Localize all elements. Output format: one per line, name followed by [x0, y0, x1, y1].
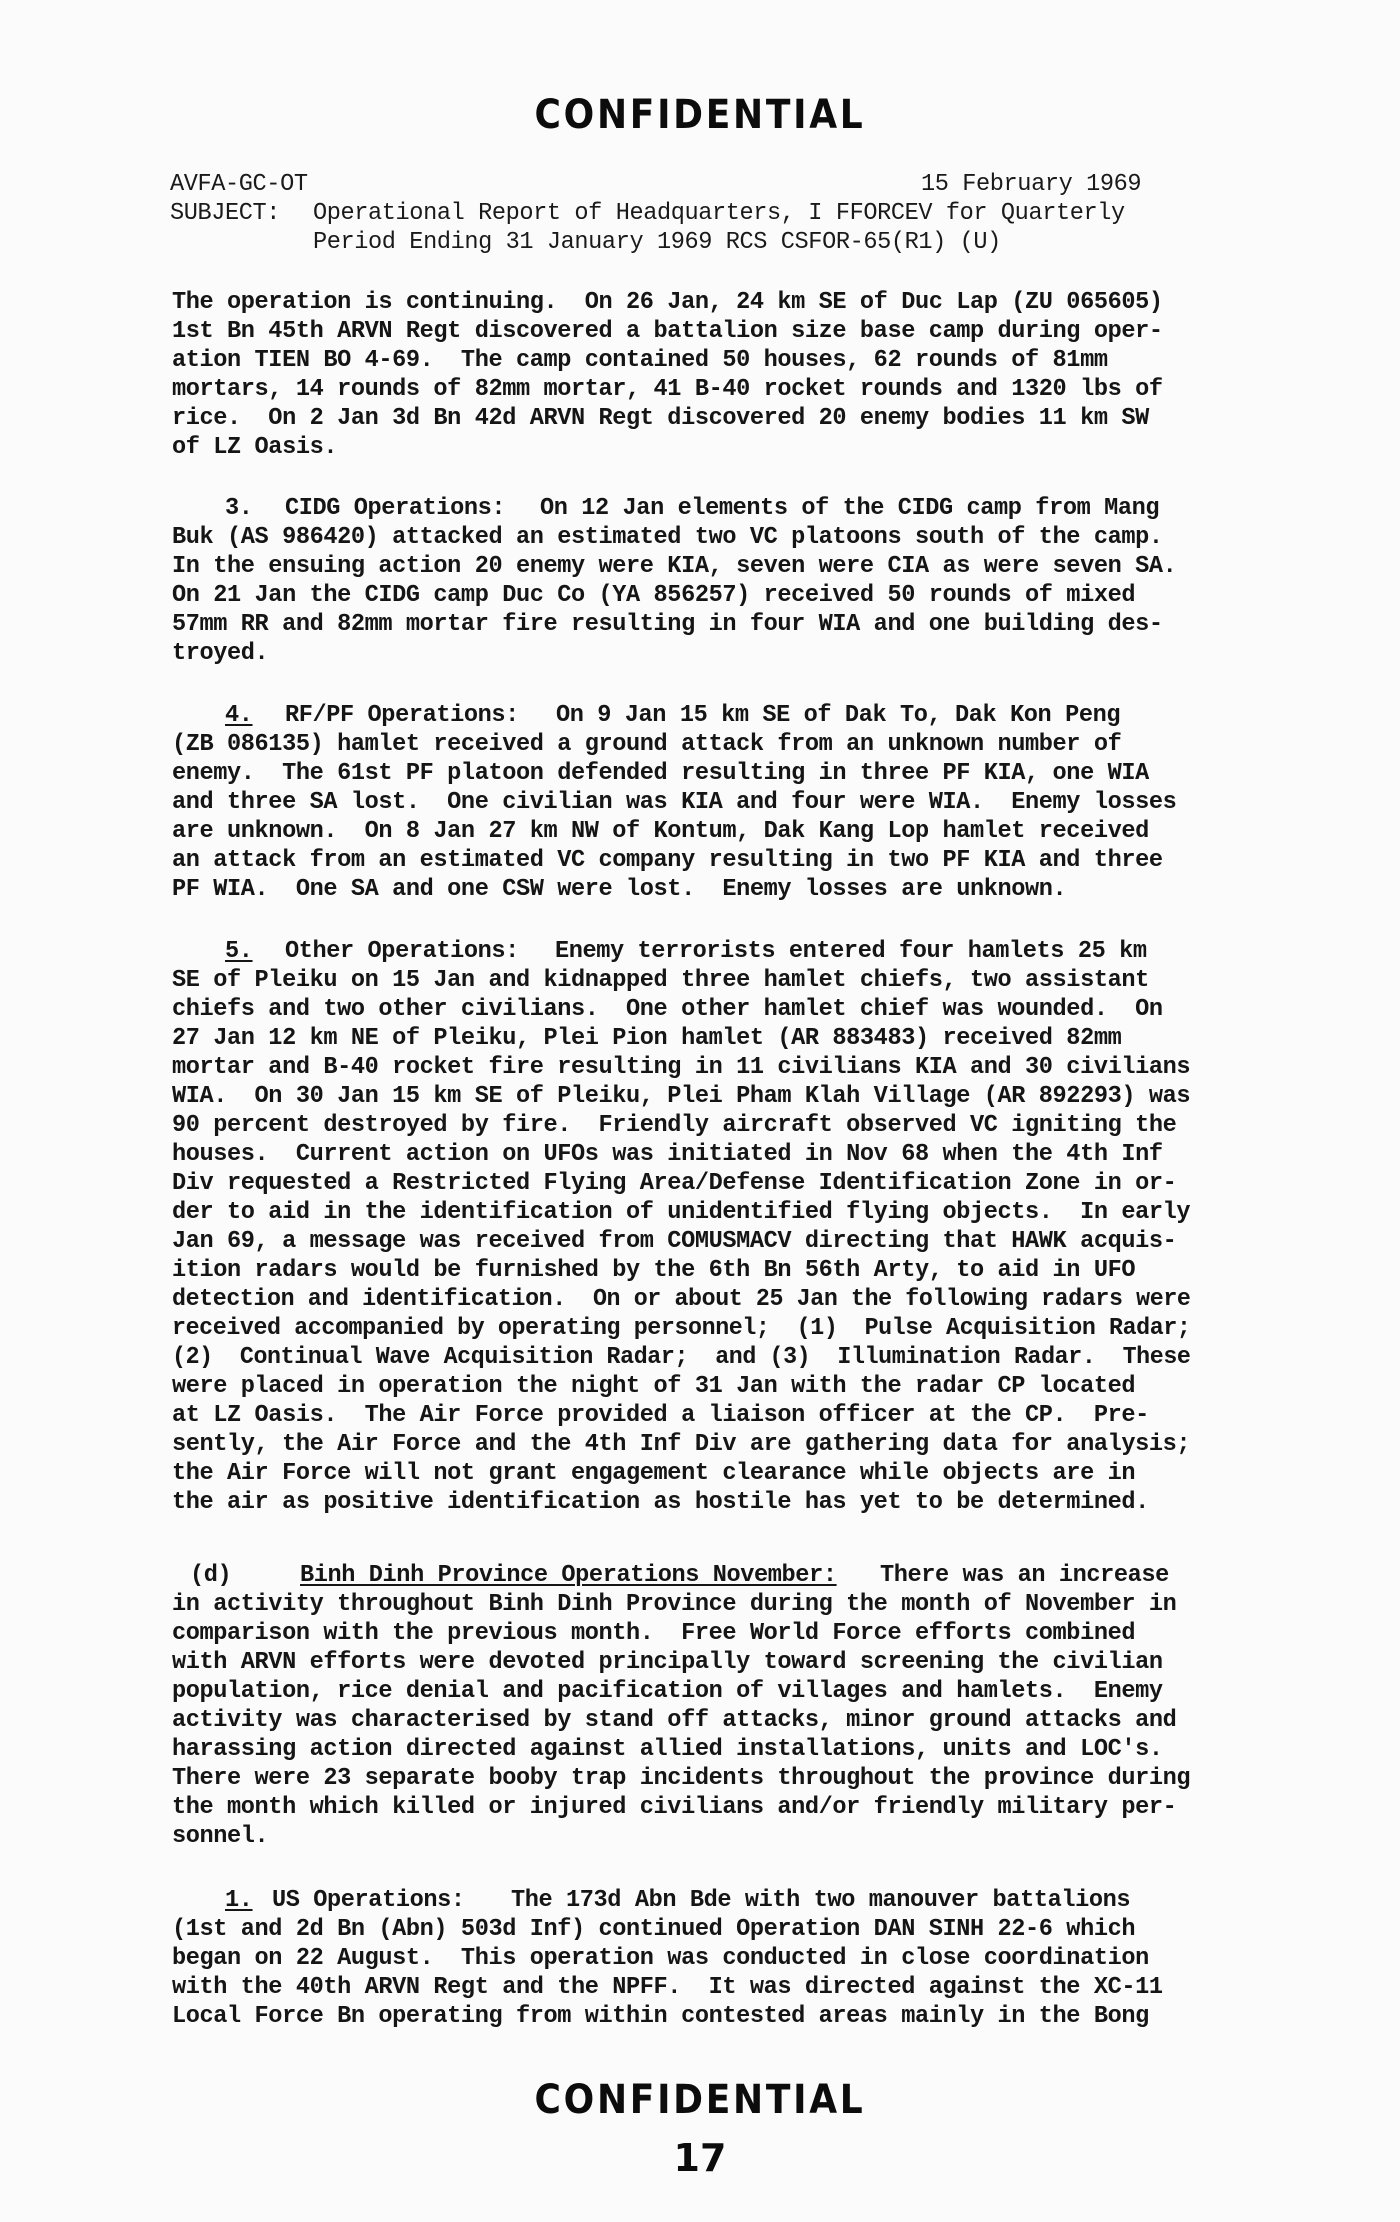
paragraph-line: harassing action directed against allied…	[172, 1735, 1163, 1764]
paragraph-line: mortar and B-40 rocket fire resulting in…	[172, 1053, 1190, 1082]
paragraph-line: of LZ Oasis.	[172, 433, 337, 462]
paragraph-line: sently, the Air Force and the 4th Inf Di…	[172, 1430, 1190, 1459]
paragraph-line: at LZ Oasis. The Air Force provided a li…	[172, 1401, 1149, 1430]
paragraph-line: received accompanied by operating person…	[172, 1314, 1190, 1343]
paragraph-line: PF WIA. One SA and one CSW were lost. En…	[172, 875, 1066, 904]
paragraph-line: houses. Current action on UFOs was initi…	[172, 1140, 1163, 1169]
paragraph-line: are unknown. On 8 Jan 27 km NW of Kontum…	[172, 817, 1149, 846]
paragraph-line: Local Force Bn operating from within con…	[172, 2002, 1149, 2031]
paragraph-line: the air as positive identification as ho…	[172, 1488, 1149, 1517]
subject-label: SUBJECT:	[170, 199, 280, 228]
paragraph-line: in activity throughout Binh Dinh Provinc…	[172, 1590, 1176, 1619]
paragraph-number: (d)	[190, 1561, 231, 1590]
paragraph-title: CIDG Operations:	[285, 494, 505, 523]
paragraph-line: an attack from an estimated VC company r…	[172, 846, 1163, 875]
paragraph-line: 57mm RR and 82mm mortar fire resulting i…	[172, 610, 1163, 639]
paragraph-line: Buk (AS 986420) attacked an estimated tw…	[172, 523, 1163, 552]
classification-marking-bottom: CONFIDENTIAL	[70, 2077, 1330, 2123]
paragraph-line: activity was characterised by stand off …	[172, 1706, 1176, 1735]
paragraph-line: rice. On 2 Jan 3d Bn 42d ARVN Regt disco…	[172, 404, 1149, 433]
paragraph-line: with the 40th ARVN Regt and the NPFF. It…	[172, 1973, 1163, 2002]
paragraph-line: 90 percent destroyed by fire. Friendly a…	[172, 1111, 1176, 1140]
paragraph-line: The 173d Abn Bde with two manouver batta…	[511, 1886, 1130, 1915]
paragraph-number: 4.	[225, 701, 253, 730]
subject-line-2: Period Ending 31 January 1969 RCS CSFOR-…	[313, 228, 1001, 257]
paragraph-line: Enemy terrorists entered four hamlets 25…	[555, 937, 1147, 966]
paragraph-line: the month which killed or injured civili…	[172, 1793, 1176, 1822]
paragraph-line: Jan 69, a message was received from COMU…	[172, 1227, 1176, 1256]
paragraph-line: the Air Force will not grant engagement …	[172, 1459, 1135, 1488]
classification-marking-top: CONFIDENTIAL	[70, 92, 1330, 138]
paragraph-line: 27 Jan 12 km NE of Pleiku, Plei Pion ham…	[172, 1024, 1121, 1053]
paragraph-line: On 21 Jan the CIDG camp Duc Co (YA 85625…	[172, 581, 1135, 610]
paragraph-line: ation TIEN BO 4-69. The camp contained 5…	[172, 346, 1108, 375]
paragraph-line: der to aid in the identification of unid…	[172, 1198, 1190, 1227]
paragraph-line: There was an increase	[880, 1561, 1169, 1590]
paragraph-number: 1.	[225, 1886, 253, 1915]
document-date: 15 February 1969	[921, 170, 1141, 199]
paragraph-line: SE of Pleiku on 15 Jan and kidnapped thr…	[172, 966, 1149, 995]
paragraph-line: There were 23 separate booby trap incide…	[172, 1764, 1190, 1793]
document-page: CONFIDENTIAL AVFA-GC-OT 15 February 1969…	[0, 0, 1400, 2222]
paragraph-title: US Operations:	[272, 1886, 465, 1915]
subject-line-1: Operational Report of Headquarters, I FF…	[313, 199, 1125, 228]
paragraph-line: ition radars would be furnished by the 6…	[172, 1256, 1135, 1285]
paragraph-line: enemy. The 61st PF platoon defended resu…	[172, 759, 1149, 788]
paragraph-line: began on 22 August. This operation was c…	[172, 1944, 1149, 1973]
paragraph-line: On 9 Jan 15 km SE of Dak To, Dak Kon Pen…	[556, 701, 1120, 730]
paragraph-line: (ZB 086135) hamlet received a ground att…	[172, 730, 1121, 759]
paragraph-line: and three SA lost. One civilian was KIA …	[172, 788, 1176, 817]
paragraph-line: troyed.	[172, 639, 268, 668]
paragraph-line: chiefs and two other civilians. One othe…	[172, 995, 1163, 1024]
paragraph-line: with ARVN efforts were devoted principal…	[172, 1648, 1163, 1677]
paragraph-line: comparison with the previous month. Free…	[172, 1619, 1135, 1648]
paragraph-line: In the ensuing action 20 enemy were KIA,…	[172, 552, 1176, 581]
paragraph-number: 5.	[225, 937, 253, 966]
paragraph-line: (2) Continual Wave Acquisition Radar; an…	[172, 1343, 1190, 1372]
paragraph-line: 1st Bn 45th ARVN Regt discovered a batta…	[172, 317, 1163, 346]
paragraph-line: The operation is continuing. On 26 Jan, …	[172, 288, 1163, 317]
paragraph-line: (1st and 2d Bn (Abn) 503d Inf) continued…	[172, 1915, 1135, 1944]
office-symbol: AVFA-GC-OT	[170, 170, 308, 199]
paragraph-line: were placed in operation the night of 31…	[172, 1372, 1135, 1401]
paragraph-title: RF/PF Operations:	[285, 701, 519, 730]
paragraph-number: 3.	[225, 494, 253, 523]
paragraph-title: Binh Dinh Province Operations November:	[300, 1561, 837, 1590]
paragraph-line: Div requested a Restricted Flying Area/D…	[172, 1169, 1176, 1198]
paragraph-line: detection and identification. On or abou…	[172, 1285, 1190, 1314]
paragraph-line: mortars, 14 rounds of 82mm mortar, 41 B-…	[172, 375, 1163, 404]
paragraph-line: sonnel.	[172, 1822, 268, 1851]
page-number: 17	[0, 2136, 1400, 2180]
paragraph-line: population, rice denial and pacification…	[172, 1677, 1163, 1706]
paragraph-title: Other Operations:	[285, 937, 519, 966]
paragraph-line: On 12 Jan elements of the CIDG camp from…	[540, 494, 1159, 523]
paragraph-line: WIA. On 30 Jan 15 km SE of Pleiku, Plei …	[172, 1082, 1190, 1111]
